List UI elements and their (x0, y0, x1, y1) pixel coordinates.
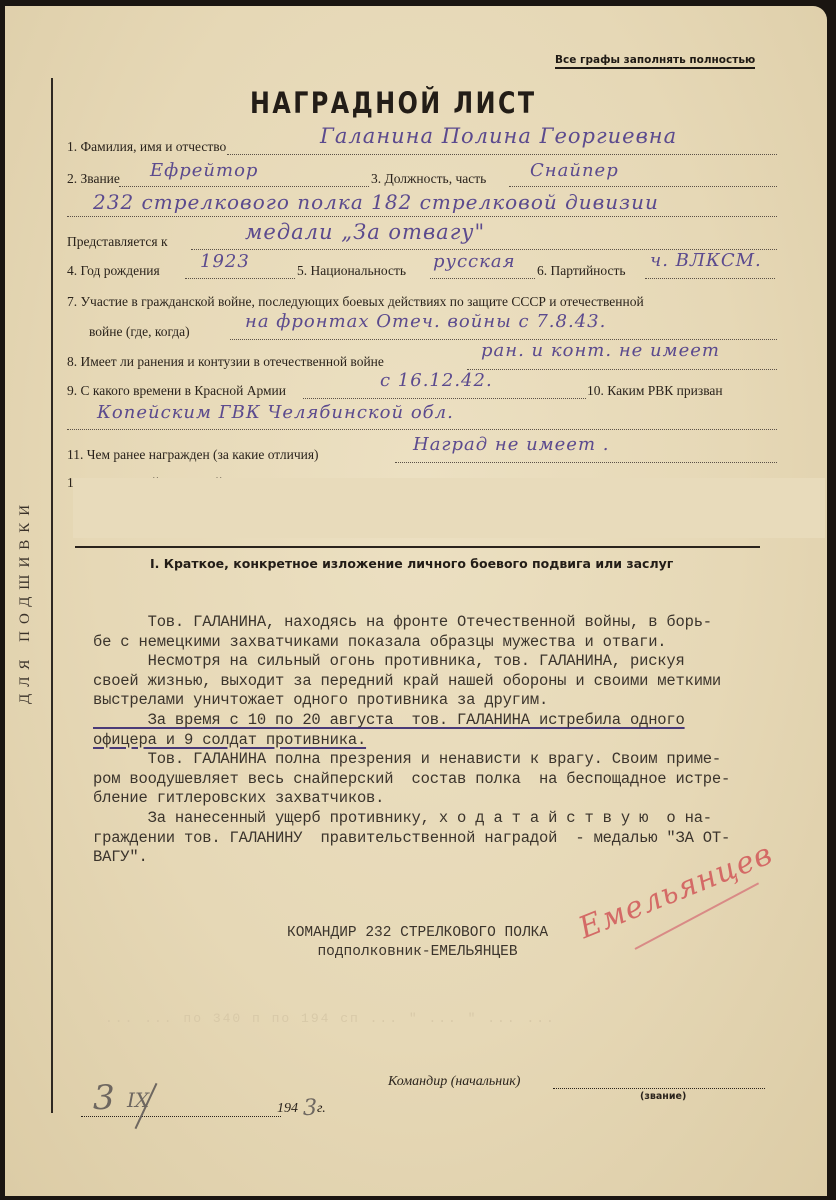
field-10-line (67, 429, 777, 430)
field-3-value-continuation: 232 стрелкового полка 182 стрелковой див… (93, 190, 659, 214)
field-4-label: 4. Год рождения (67, 263, 160, 279)
field-2-line (119, 186, 369, 187)
rank-label: (звание) (640, 1091, 686, 1102)
section-heading: I. Краткое, конкретное изложение личного… (150, 556, 673, 571)
field-11-line (395, 462, 777, 463)
body-line: За нанесенный ущерб противнику, х о д а … (93, 809, 813, 829)
field-8-line (467, 369, 777, 370)
binding-margin-label: ДЛЯ ПОДШИВКИ (17, 436, 47, 766)
binding-margin-line (51, 78, 53, 1113)
presented-value: медали „За отвагу" (245, 220, 485, 244)
field-3-line (509, 186, 777, 187)
field-3-value: Снайпер (530, 160, 619, 181)
field-2-value: Ефрейтор (150, 160, 258, 181)
field-8-value: ран. и конт. не имеет (481, 340, 720, 361)
field-9-line (303, 398, 586, 399)
field-1-label: 1. Фамилия, имя и отчество (67, 139, 226, 155)
body-line: граждении тов. ГАЛАНИНУ правительственно… (93, 829, 813, 849)
date-year-digit: 3 (303, 1096, 317, 1121)
body-line: бление гитлеровских захватчиков. (93, 789, 813, 809)
redacted-address-area (73, 478, 825, 538)
field-5-line (430, 278, 535, 279)
field-5-label: 5. Национальность (297, 263, 406, 279)
field-3-continuation-line (67, 216, 777, 217)
field-8-label: 8. Имеет ли ранения и контузии в отечест… (67, 354, 384, 370)
presented-label: Представляется к (67, 234, 168, 250)
faded-bleedthrough-text: ... ... по 340 п по 194 сп ... " ... " .… (105, 1011, 805, 1026)
body-line-underlined: офицера и 9 солдат противника. (93, 731, 813, 751)
signatory-block: КОМАНДИР 232 СТРЕЛКОВОГО ПОЛКА подполков… (287, 924, 548, 962)
fill-instruction: Все графы заполнять полностью (555, 54, 755, 69)
field-7-label: 7. Участие в гражданской войне, последую… (67, 294, 644, 310)
field-4-value: 1923 (200, 251, 250, 272)
commander-label: Командир (начальник) (388, 1074, 520, 1090)
body-line: Тов. ГАЛАНИНА, находясь на фронте Отечес… (93, 613, 813, 633)
body-line: своей жизнью, выходит за передний край н… (93, 672, 813, 692)
signatory-title: КОМАНДИР 232 СТРЕЛКОВОГО ПОЛКА (287, 924, 548, 943)
date-day: 3 (93, 1078, 115, 1118)
field-10-label: 10. Каким РВК призван (587, 383, 723, 399)
field-6-value: ч. ВЛКСМ. (650, 250, 762, 271)
field-6-label: 6. Партийность (537, 263, 626, 279)
commander-line (553, 1088, 765, 1089)
field-1-line (227, 154, 777, 155)
body-line: ром воодушевляет весь снайперский состав… (93, 770, 813, 790)
field-6-line (645, 278, 775, 279)
field-5-value: русская (433, 251, 516, 272)
field-10-value: Копейским ГВК Челябинской обл. (97, 402, 454, 423)
field-4-line (185, 278, 295, 279)
document-title: НАГРАДНОЙ ЛИСТ (250, 86, 537, 120)
field-1-value: Галанина Полина Георгиевна (320, 124, 677, 148)
citation-body: Тов. ГАЛАНИНА, находясь на фронте Отечес… (93, 613, 813, 868)
field-11-value: Наград не имеет . (413, 434, 609, 455)
award-sheet: ДЛЯ ПОДШИВКИ Все графы заполнять полност… (5, 6, 827, 1196)
field-9-value: с 16.12.42. (380, 370, 493, 391)
body-line: Несмотря на сильный огонь противника, то… (93, 652, 813, 672)
field-9-label: 9. С какого времени в Красной Армии (67, 383, 286, 399)
body-line: выстрелами уничтожает одного противника … (93, 691, 813, 711)
body-line-underlined: За время с 10 по 20 августа тов. ГАЛАНИН… (93, 711, 813, 731)
section-divider (75, 546, 760, 548)
field-11-label: 11. Чем ранее награжден (за какие отличи… (67, 447, 319, 463)
field-2-label: 2. Звание (67, 171, 120, 187)
signatory-name: подполковник-ЕМЕЛЬЯНЦЕВ (287, 943, 548, 962)
body-line: бе с немецкими захватчиками показала обр… (93, 633, 813, 653)
field-3-label: 3. Должность, часть (371, 171, 486, 187)
date-year-prefix: 194 (277, 1101, 298, 1117)
body-line: Тов. ГАЛАНИНА полна презрения и ненавист… (93, 750, 813, 770)
field-7-label-cont: войне (где, когда) (89, 324, 190, 340)
date-suffix: г. (317, 1101, 326, 1117)
field-7-value: на фронтах Отеч. войны с 7.8.43. (245, 311, 606, 332)
